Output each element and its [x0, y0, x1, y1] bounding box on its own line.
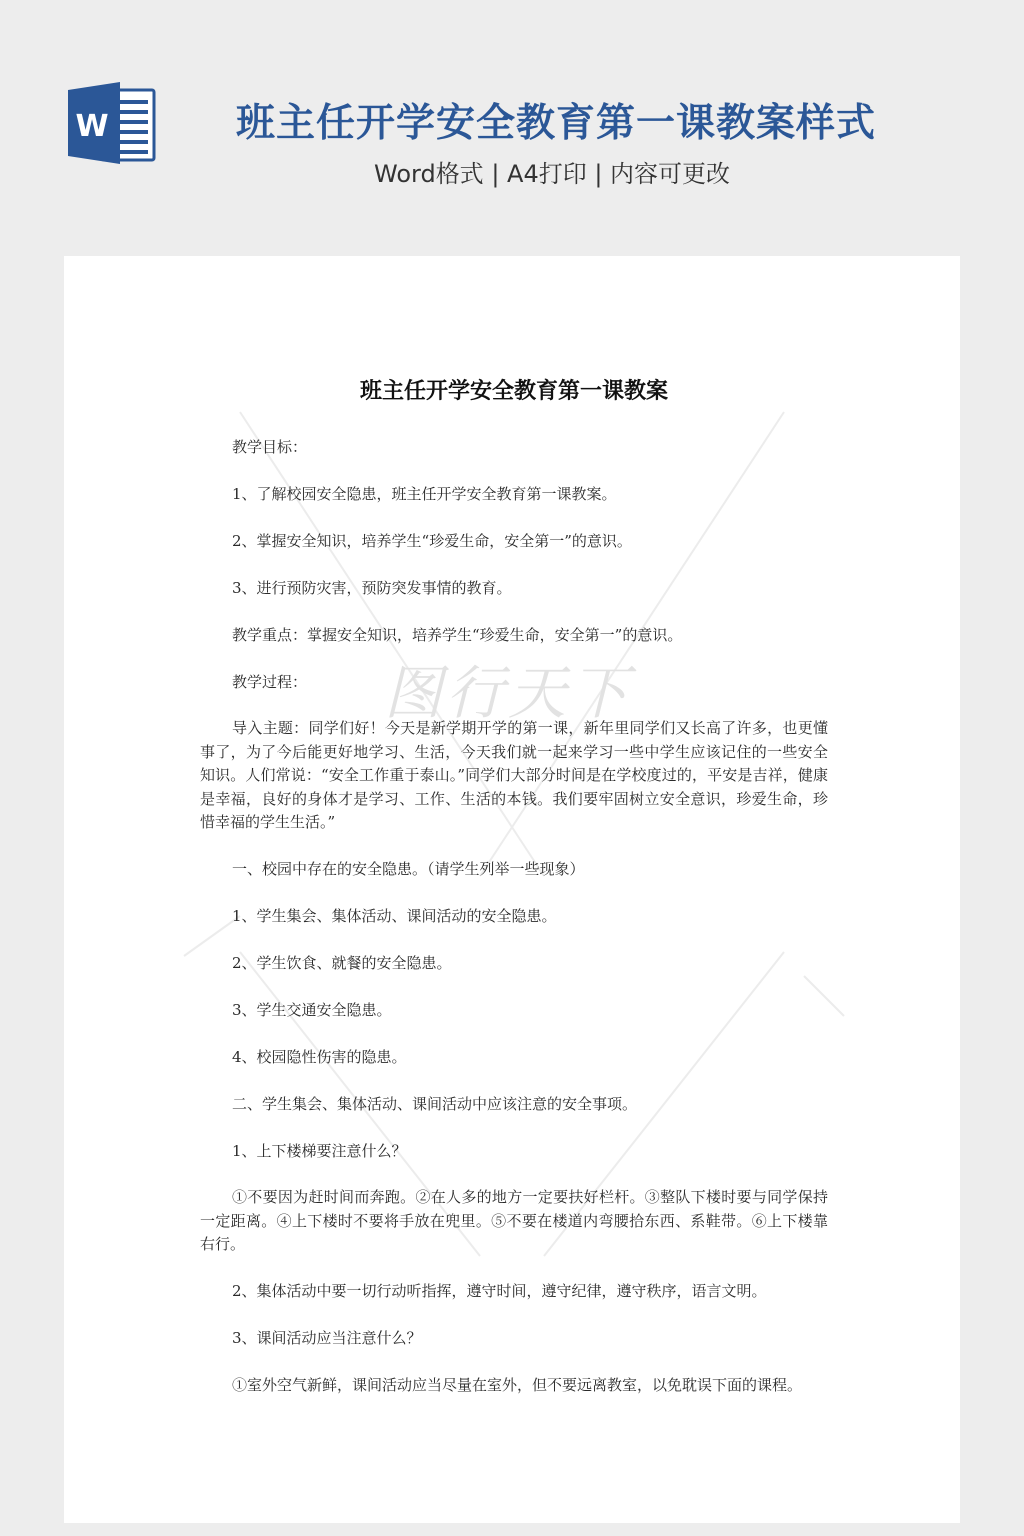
paragraph: 教学目标：	[200, 436, 828, 460]
paragraph: 3、课间活动应当注意什么？	[200, 1327, 828, 1351]
paragraph: 一、校园中存在的安全隐患。（请学生列举一些现象）	[200, 858, 828, 882]
banner-title: 班主任开学安全教育第一课教案样式	[236, 92, 896, 148]
paragraph: 2、集体活动中要一切行动听指挥，遵守时间，遵守纪律，遵守秩序，语言文明。	[200, 1280, 828, 1304]
paragraph: 教学过程：	[200, 671, 828, 695]
paragraph: ①不要因为赶时间而奔跑。②在人多的地方一定要扶好栏杆。③整队下楼时要与同学保持一…	[200, 1186, 828, 1257]
paragraph: 3、学生交通安全隐患。	[200, 999, 828, 1023]
svg-text:W: W	[75, 109, 108, 144]
paragraph: ①室外空气新鲜，课间活动应当尽量在室外，但不要远离教室，以免耽误下面的课程。	[200, 1374, 828, 1398]
document-page: 图行天下 班主任开学安全教育第一课教案 教学目标： 1、了解校园安全隐患，班主任…	[64, 256, 960, 1523]
paragraph: 3、进行预防灾害，预防突发事情的教育。	[200, 577, 828, 601]
word-icon: W	[66, 82, 156, 164]
paragraph: 1、了解校园安全隐患，班主任开学安全教育第一课教案。	[200, 483, 828, 507]
paragraph: 教学重点：掌握安全知识，培养学生“珍爱生命，安全第一”的意识。	[200, 624, 828, 648]
banner-subtitle: Word格式 | A4打印 | 内容可更改	[374, 154, 730, 189]
paragraph: 4、校园隐性伤害的隐患。	[200, 1046, 828, 1070]
header-banner: W 班主任开学安全教育第一课教案样式 Word格式 | A4打印 | 内容可更改	[0, 0, 1024, 256]
document-title: 班主任开学安全教育第一课教案	[200, 374, 828, 405]
paragraph: 1、学生集会、集体活动、课间活动的安全隐患。	[200, 905, 828, 929]
paragraph: 2、学生饮食、就餐的安全隐患。	[200, 952, 828, 976]
paragraph: 导入主题：同学们好！今天是新学期开学的第一课，新年里同学们又长高了许多，也更懂事…	[200, 717, 828, 835]
paragraph: 2、掌握安全知识，培养学生“珍爱生命，安全第一”的意识。	[200, 530, 828, 554]
paragraph: 二、学生集会、集体活动、课间活动中应该注意的安全事项。	[200, 1093, 828, 1117]
paragraph: 1、上下楼梯要注意什么？	[200, 1140, 828, 1164]
